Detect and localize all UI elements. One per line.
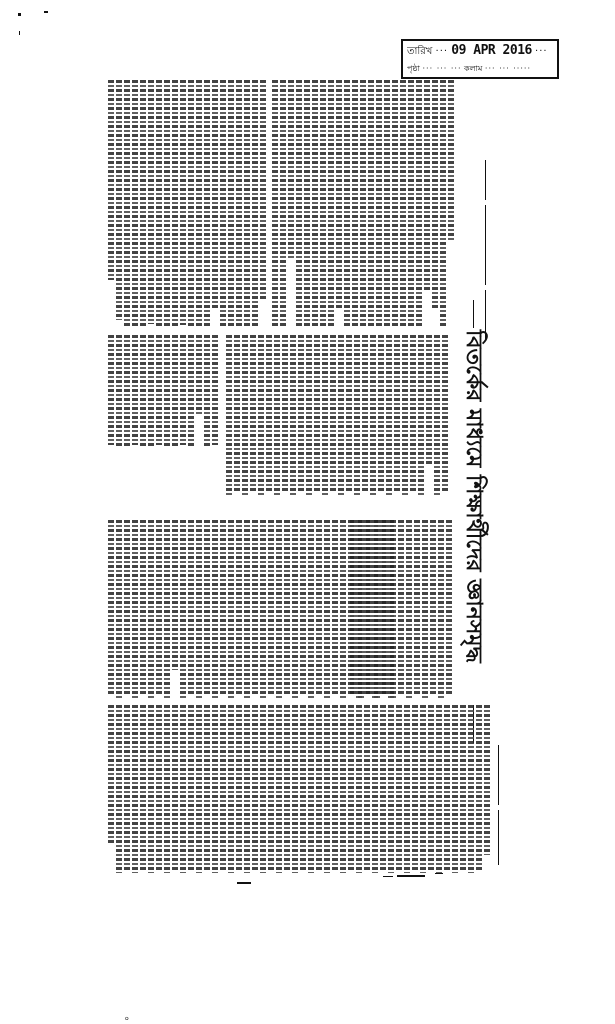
article-column	[272, 80, 454, 330]
scan-speck	[18, 13, 21, 16]
date-stamp: তারিখ ··· 09 APR 2016 ··· পৃষ্ঠা ··· ···…	[401, 39, 559, 79]
article-column	[226, 335, 448, 495]
article-column	[108, 335, 218, 450]
scan-speck	[19, 31, 20, 35]
clipping-border-bottom	[237, 882, 251, 884]
article-headline: বিতর্কের মাধ্যমে শিক্ষার্থীদের জ্ঞানসমৃদ…	[456, 330, 492, 700]
scan-speck	[44, 11, 48, 13]
clipping-border-right	[498, 810, 499, 865]
stamp-date-row: তারিখ ··· 09 APR 2016 ···	[407, 42, 553, 59]
headline-rule-top	[473, 300, 474, 328]
clipping-border-bottom	[435, 873, 443, 874]
article-column	[350, 520, 452, 700]
stamp-page-label: পৃষ্ঠা	[407, 64, 420, 73]
clipping-border-right	[498, 745, 499, 805]
article-column	[108, 705, 490, 875]
stamp-date-label: তারিখ	[407, 46, 432, 57]
clipping-border-bottom	[397, 875, 425, 877]
clipping-border-right	[485, 205, 486, 285]
footer-mark: ৹	[125, 1014, 129, 1024]
stamp-date-value: 09 APR 2016	[451, 43, 532, 58]
headline-container: বিতর্কের মাধ্যমে শিক্ষার্থীদের জ্ঞানসমৃদ…	[456, 330, 492, 700]
stamp-column-label: কলাম	[464, 64, 482, 73]
clipping-border-bottom	[383, 876, 393, 877]
clipping-border-right	[485, 160, 486, 200]
stamp-page-row: পৃষ্ঠা ··· ··· ··· কলাম ··· ··· ·····	[407, 60, 553, 77]
article-column	[108, 80, 266, 330]
clipping-border-right	[485, 290, 486, 340]
